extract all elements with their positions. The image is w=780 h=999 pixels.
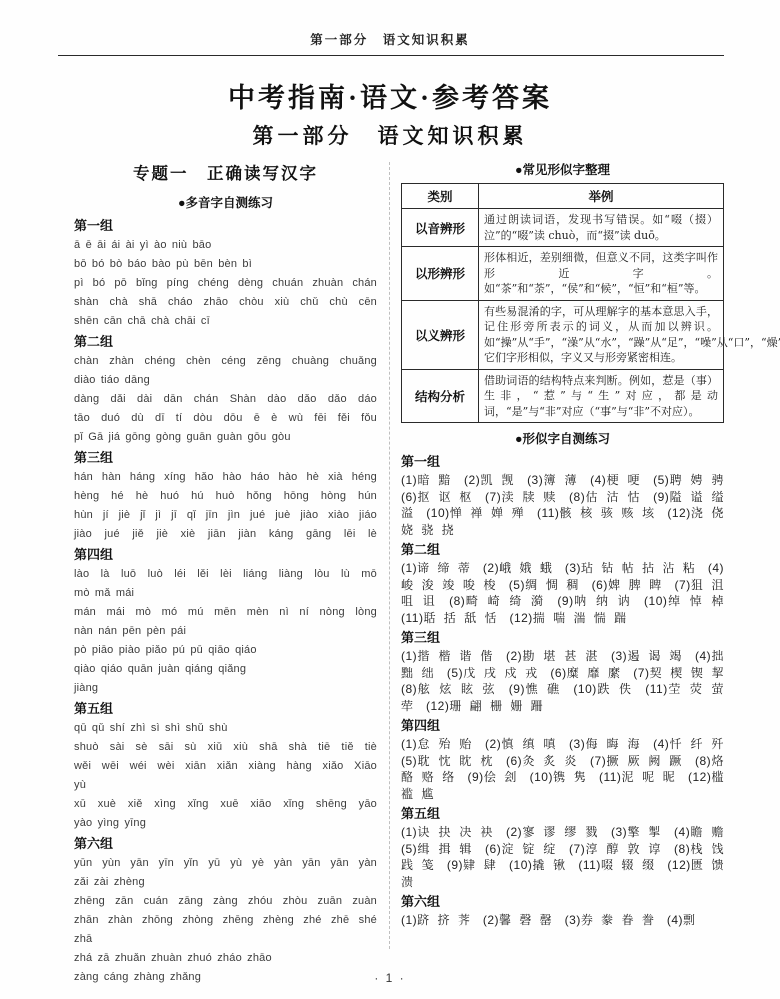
- pinyin-line: mán mái mò mó mú mēn mèn nì ní nòng lòng: [74, 603, 377, 622]
- table-category-cell: 以音辨形: [402, 209, 479, 247]
- table-header-cell: 举例: [479, 184, 724, 209]
- pinyin-line: nàn nán pēn pèn pái: [74, 622, 377, 641]
- practice-group-text: (1)跻 挤 荠 (2)馨 磬 罄 (3)券 豢 眷 誊 (4)剽: [401, 912, 724, 929]
- pinyin-line: pò piāo piào piǎo pú pū qiāo qiáo: [74, 641, 377, 660]
- pinyin-line: mò mǎ mái: [74, 584, 377, 603]
- pinyin-line: zhēng zān cuán zāng zàng zhóu zhòu zuān …: [74, 892, 377, 911]
- table-row: 以义辨形有些易混淆的字，可从理解字的基本意思入手，记住形旁所表示的词义，从而加以…: [402, 300, 724, 369]
- pinyin-group-name: 第二组: [74, 332, 377, 352]
- answer-page: 第一部分 语文知识积累 中考指南·语文·参考答案 第一部分 语文知识积累 专题一…: [0, 0, 780, 999]
- practice-group-name: 第三组: [401, 628, 724, 648]
- table-row: 以形辨形形体相近，差别细微，但意义不同，这类字叫作形近字。如“茶”和“荼”，“侯…: [402, 247, 724, 301]
- pinyin-line: dàng dǎi dài dān chán Shàn dào dǎo dǎo d…: [74, 390, 377, 409]
- table-example-cell: 通过朗读词语，发现书写错误。如“啜（掇）泣”的“啜”读 chuò，而“掇”读 d…: [479, 209, 724, 247]
- pinyin-line: diào tiáo dāng: [74, 371, 377, 390]
- part-title: 第一部分 语文知识积累: [0, 120, 780, 150]
- pinyin-line: pì bó pō bǐng píng chéng dèng chuán zhuà…: [74, 274, 377, 293]
- pinyin-line: hùn jí jiè jǐ jì jī qǐ jīn jìn jué juè j…: [74, 506, 377, 525]
- pinyin-line: tāo duó dù dī tí dòu dōu ē è wù fēi fěi …: [74, 409, 377, 428]
- table-row: 结构分析借助词语的结构特点来判断。例如，惹是（事）生非，“惹”与“生”对应，都是…: [402, 369, 724, 423]
- practice-group-name: 第一组: [401, 452, 724, 472]
- pinyin-line: ā ē āi ái ài yì ào niù bāo: [74, 236, 377, 255]
- pinyin-line: hèng hé hè huó hú huò hǒng hōng hòng hún: [74, 487, 377, 506]
- table-category-cell: 以形辨形: [402, 247, 479, 301]
- table-row: 以音辨形通过朗读词语，发现书写错误。如“啜（掇）泣”的“啜”读 chuò，而“掇…: [402, 209, 724, 247]
- pinyin-line: yào yìng yīng: [74, 814, 377, 833]
- practice-group-name: 第四组: [401, 716, 724, 736]
- table-category-cell: 以义辨形: [402, 300, 479, 369]
- page-number: · 1 ·: [0, 971, 780, 985]
- pinyin-line: xū xuè xiě xìng xǐng xuē xiāo xǐng shēng…: [74, 795, 377, 814]
- pinyin-group-name: 第六组: [74, 834, 377, 854]
- two-column-layout: 专题一 正确读写汉字 ●多音字自测练习 第一组ā ē āi ái ài yì à…: [74, 158, 724, 959]
- pinyin-line: zhā: [74, 930, 377, 949]
- table-title: ●常见形似字整理: [401, 160, 724, 178]
- pinyin-line: zǎi zài zhèng: [74, 873, 377, 892]
- pinyin-group-name: 第四组: [74, 545, 377, 565]
- pinyin-line: jiào jué jiě jiè xiè jiān jiàn káng gāng…: [74, 525, 377, 544]
- pinyin-line: shuò sài sè sāi sù xiǔ xiù shā shà tiē t…: [74, 738, 377, 757]
- pinyin-line: shàn chà shā cháo zhāo chòu xiù chǔ chù …: [74, 293, 377, 312]
- practice-groups: 第一组(1)暗 黯 (2)凯 觊 (3)簿 薄 (4)梗 哽 (5)聘 娉 骋 …: [401, 452, 724, 929]
- pinyin-line: zhān zhàn zhōng zhòng zhēng zhèng zhé zh…: [74, 911, 377, 930]
- topic-title: 专题一 正确读写汉字: [74, 160, 377, 184]
- practice-group-name: 第六组: [401, 892, 724, 912]
- pinyin-group-name: 第五组: [74, 699, 377, 719]
- practice-title: ●形似字自测练习: [401, 429, 724, 447]
- pinyin-line: pǐ Gā jiá gōng gòng guān guàn gōu gòu: [74, 428, 377, 447]
- table-example-cell: 借助词语的结构特点来判断。例如，惹是（事）生非，“惹”与“生”对应，都是动词，“…: [479, 369, 724, 423]
- practice-group-text: (1)揩 楷 谐 偕 (2)勘 堪 甚 湛 (3)遏 谒 竭 (4)拙 黜 绌 …: [401, 648, 724, 714]
- pinyin-line: zhá zā zhuǎn zhuàn zhuó zháo zhāo: [74, 949, 377, 968]
- left-column: 专题一 正确读写汉字 ●多音字自测练习 第一组ā ē āi ái ài yì à…: [74, 158, 377, 959]
- pinyin-group-name: 第一组: [74, 216, 377, 236]
- pinyin-line: bō bó bò báo bào pù bēn bèn bì: [74, 255, 377, 274]
- table-example-cell: 形体相近，差别细微，但意义不同，这类字叫作形近字。如“茶”和“荼”，“侯”和“候…: [479, 247, 724, 301]
- pinyin-line: yūn yùn yān yīn yǐn yū yù yè yàn yān yān…: [74, 854, 377, 873]
- pinyin-line: chàn zhàn chéng chèn céng zēng chuàng ch…: [74, 352, 377, 371]
- pinyin-line: qū qǔ shí zhì sì shì shǔ shù: [74, 719, 377, 738]
- lookalike-characters-table: 类别举例 以音辨形通过朗读词语，发现书写错误。如“啜（掇）泣”的“啜”读 chu…: [401, 183, 724, 423]
- practice-group-text: (1)诀 抉 决 袂 (2)寥 谬 缪 戮 (3)擎 掣 (4)瞻 赡 (5)缉…: [401, 824, 724, 890]
- practice-group-name: 第五组: [401, 804, 724, 824]
- pinyin-line: yù: [74, 776, 377, 795]
- right-column: ●常见形似字整理 类别举例 以音辨形通过朗读词语，发现书写错误。如“啜（掇）泣”…: [401, 158, 724, 959]
- pinyin-line: wěi wēi wéi wèi xiān xiǎn xiàng hàng xiǎ…: [74, 757, 377, 776]
- pinyin-group-name: 第三组: [74, 448, 377, 468]
- running-header: 第一部分 语文知识积累: [0, 30, 780, 48]
- column-divider: [389, 162, 390, 949]
- pinyin-line: qiào qiáo quān juàn qiáng qiǎng: [74, 660, 377, 679]
- pinyin-groups: 第一组ā ē āi ái ài yì ào niù bāobō bó bò bá…: [74, 216, 377, 987]
- header-rule: [58, 55, 724, 56]
- pinyin-line: jiàng: [74, 679, 377, 698]
- table-example-cell: 有些易混淆的字，可从理解字的基本意思入手，记住形旁所表示的词义，从而加以辨识。如…: [479, 300, 724, 369]
- pinyin-practice-title: ●多音字自测练习: [74, 193, 377, 211]
- table-header-cell: 类别: [402, 184, 479, 209]
- table-category-cell: 结构分析: [402, 369, 479, 423]
- book-title: 中考指南·语文·参考答案: [0, 76, 780, 115]
- practice-group-text: (1)谛 缔 蒂 (2)峨 娥 蛾 (3)玷 钻 帖 拈 沾 粘 (4)峻 浚 …: [401, 560, 724, 626]
- pinyin-line: shēn cān chā chà chāi cī: [74, 312, 377, 331]
- pinyin-line: hán hàn háng xíng hǎo hào háo hào hè xià…: [74, 468, 377, 487]
- practice-group-text: (1)怠 殆 贻 (2)慎 缜 嗔 (3)侮 晦 海 (4)忏 纤 歼 (5)耽…: [401, 736, 724, 802]
- practice-group-text: (1)暗 黯 (2)凯 觊 (3)簿 薄 (4)梗 哽 (5)聘 娉 骋 (6)…: [401, 472, 724, 538]
- pinyin-line: lào là luō luò léi lěi lèi liáng liàng l…: [74, 565, 377, 584]
- practice-group-name: 第二组: [401, 540, 724, 560]
